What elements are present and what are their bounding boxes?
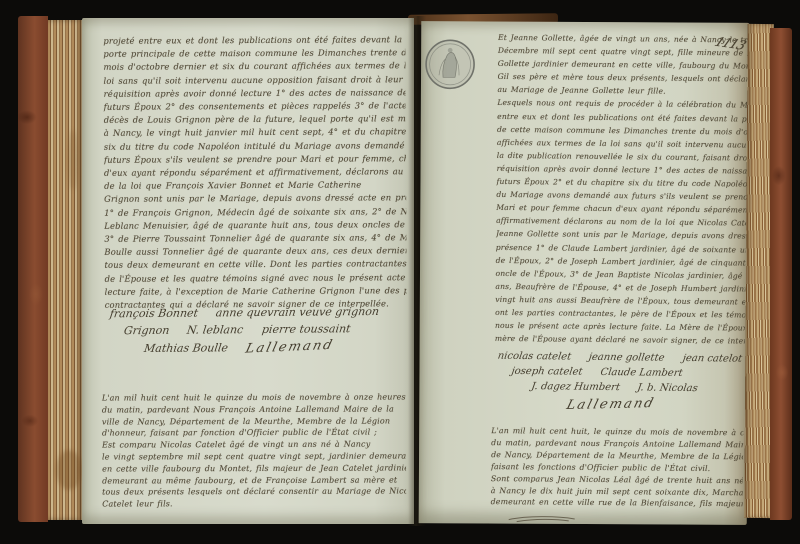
photo-background: projeté entre eux et dont les publicatio… xyxy=(0,0,800,544)
marriage-act-text: Et Jeanne Gollette, âgée de vingt un ans… xyxy=(495,31,748,348)
signature-row: françois Bonnetanne quevrain veuve grign… xyxy=(110,305,410,321)
handwritten-line: 1° de François Grignon, Médecin âgé de s… xyxy=(104,205,406,220)
signature: Mathias Boulle xyxy=(143,341,229,355)
signature: Lallemand xyxy=(565,396,657,413)
signature: J. dagez Humbert xyxy=(531,381,621,393)
signature: Grignon xyxy=(123,324,170,337)
marriage-act-text: L'an mil huit cent huit, le quinze du mo… xyxy=(491,425,744,511)
signatures-block: nicolas cateletjeanne gollettejean catel… xyxy=(497,351,744,418)
handwritten-line: à Nancy, le vingt huit janvier mil huit … xyxy=(104,126,406,141)
register-book: projeté entre eux et dont les publicatio… xyxy=(16,10,794,528)
handwritten-line: tous deux demeurant en cette ville. Dont… xyxy=(104,258,406,273)
handwritten-line: demeurant en cette ville rue de la Bienf… xyxy=(491,497,743,511)
signature: nicolas catelet xyxy=(497,351,572,363)
embossed-revenue-stamp-icon xyxy=(423,37,477,91)
right-page: 1113 Et Jeanne Gollette, âgée de vingt u… xyxy=(419,21,750,525)
signature: jean catelot xyxy=(682,353,743,365)
handwritten-line: tous deux présents lesquels ont déclaré … xyxy=(102,486,406,499)
handwritten-line: mère de l'Épouse ayant déclaré ne savoir… xyxy=(495,332,745,348)
signature-row: Lallemand xyxy=(567,397,743,414)
signature-row: joseph cateletClaude Lambert xyxy=(511,366,743,380)
handwritten-line: six du titre du code Napoléon intitulé d… xyxy=(104,139,406,154)
book-cover-right-edge xyxy=(770,28,792,520)
signature-row: Mathias BoulleLallemand xyxy=(144,339,410,356)
book-cover-left-edge xyxy=(18,16,48,522)
signature-row: GrignonN. leblancpierre toussaint xyxy=(124,322,410,337)
left-page: projeté entre eux et dont les publicatio… xyxy=(82,18,414,524)
handwritten-line: Grignon sont unis par le Mariage, depuis… xyxy=(104,192,406,207)
signature-row: nicolas cateletjeanne gollettejean catel… xyxy=(498,351,744,365)
handwritten-line: L'an mil huit cent huit le quinze du moi… xyxy=(102,391,406,404)
signature: pierre toussaint xyxy=(261,322,351,336)
handwritten-line: ville de Nancy, Département de la Meurth… xyxy=(102,415,406,428)
handwritten-line: demeurant au même faubourg, et de Franço… xyxy=(102,474,406,487)
handwritten-line: mois d'octobre dernier et six du courant… xyxy=(103,60,405,75)
signature: anne quevrain veuve grignon xyxy=(215,305,380,319)
ink-underline-flourish-icon xyxy=(507,514,577,524)
handwritten-line: de l'Épouse et les quatre témoins signé … xyxy=(105,271,407,286)
signatures-block: françois Bonnetanne quevrain veuve grign… xyxy=(110,305,410,361)
handwritten-line: Catelet leur fils. xyxy=(102,498,406,511)
handwritten-line: Est comparu Nicolas Catelet âgé de vingt… xyxy=(102,439,406,452)
signature: Claude Lambert xyxy=(600,367,684,379)
marriage-act-text: L'an mil huit cent huit le quinze du moi… xyxy=(102,391,406,510)
handwritten-line: loi sans qu'il soit intervenu aucune opp… xyxy=(103,73,405,88)
signature: Lallemand xyxy=(244,338,336,357)
marriage-act-text: projeté entre eux et dont les publicatio… xyxy=(103,33,406,312)
handwritten-line: d'honneur, faisant par fonction d'Offici… xyxy=(102,427,406,440)
signature: J. b. Nicolas xyxy=(637,382,699,394)
paper-stain xyxy=(68,130,78,190)
paper-stain xyxy=(56,450,82,490)
signature-row: J. dagez HumbertJ. b. Nicolas xyxy=(531,381,743,395)
signature: N. leblanc xyxy=(187,323,245,337)
handwritten-line: le vingt septembre mil sept cent quatre … xyxy=(102,450,406,463)
handwritten-line: du matin, pardevant Nous François Antoin… xyxy=(102,403,406,416)
page-edges-left xyxy=(48,20,84,520)
signature: françois Bonnet xyxy=(109,307,199,321)
signature: joseph catelet xyxy=(511,366,584,378)
handwritten-line: en cette ville faubourg du Montet, fils … xyxy=(102,462,406,475)
signature: jeanne gollette xyxy=(588,352,665,364)
